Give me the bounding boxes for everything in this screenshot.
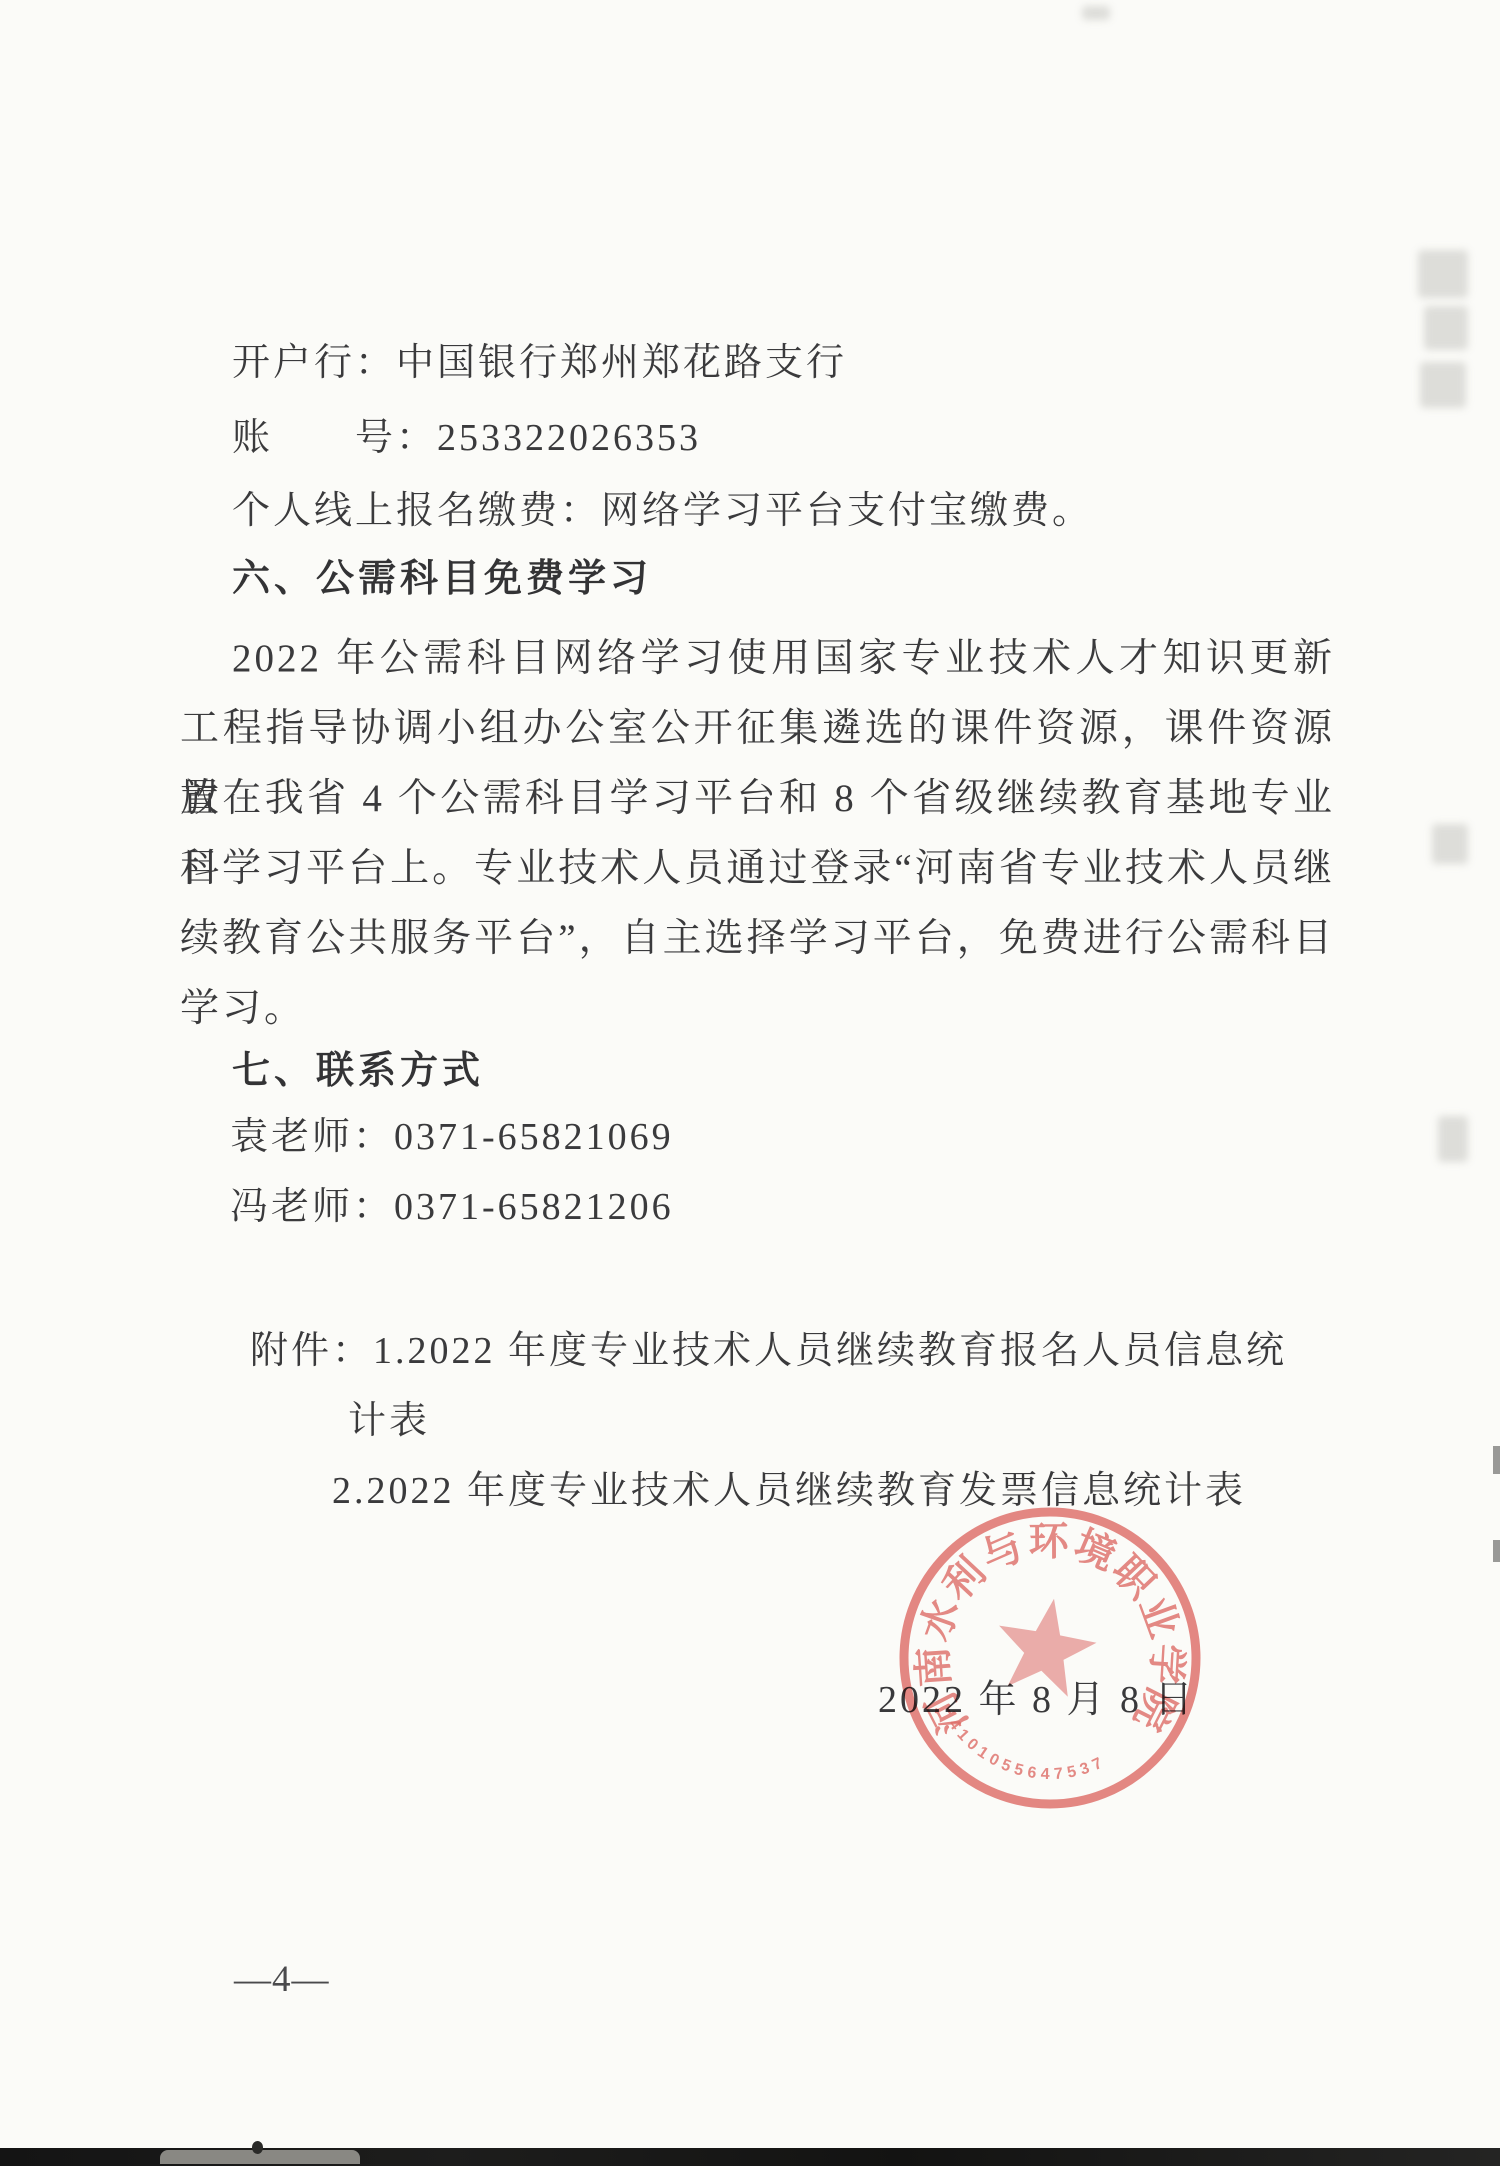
section-7-heading: 七、联系方式: [232, 1048, 484, 1094]
scan-edge-mark: [1493, 1540, 1500, 1562]
scan-smudge: [1418, 250, 1468, 298]
scan-smudge: [1424, 306, 1468, 350]
paragraph-line: 续教育公共服务平台”，自主选择学习平台，免费进行公需科目: [180, 904, 1335, 974]
paragraph-line: 工程指导协调小组办公室公开征集遴选的课件资源，课件资源放: [180, 694, 1335, 764]
scan-smudge: [1438, 1116, 1468, 1162]
contact-line-feng: 冯老师：0371-65821206: [230, 1184, 674, 1230]
scan-edge-mark: [1493, 1446, 1500, 1474]
paragraph-line: 目学习平台上。专业技术人员通过登录“河南省专业技术人员继: [180, 834, 1335, 904]
seal-star-icon: [999, 1599, 1096, 1697]
contact-line-yuan: 袁老师：0371-65821069: [230, 1114, 674, 1160]
scan-smudge: [1432, 824, 1468, 864]
svg-text:4101055647537: 4101055647537: [945, 1716, 1110, 1783]
scan-smudge: [1082, 6, 1110, 20]
scan-ink-dot: [252, 2141, 263, 2154]
section-6-paragraph: 2022 年公需科目网络学习使用国家专业技术人才知识更新 工程指导协调小组办公室…: [180, 624, 1335, 1044]
bank-line: 开户行：中国银行郑州郑花路支行: [232, 340, 847, 386]
paragraph-line: 置在我省 4 个公需科目学习平台和 8 个省级继续教育基地专业科: [180, 764, 1335, 834]
scan-smudge: [1420, 362, 1466, 408]
section-6-heading: 六、公需科目免费学习: [232, 556, 652, 602]
account-number-line: 账 号：253322026353: [232, 415, 701, 461]
personal-payment-line: 个人线上报名缴费：网络学习平台支付宝缴费。: [232, 488, 1093, 534]
paragraph-line: 2022 年公需科目网络学习使用国家专业技术人才知识更新: [180, 624, 1335, 694]
seal-serial-number: 4101055647537: [945, 1716, 1110, 1783]
page-number: —4—: [234, 1958, 330, 2001]
paragraph-line: 学习。: [180, 974, 1335, 1044]
attachment-line-1-wrap: 计表: [348, 1398, 430, 1444]
document-page: 开户行：中国银行郑州郑花路支行 账 号：253322026353 个人线上报名缴…: [0, 0, 1500, 2166]
attachment-line-1: 附件：1.2022 年度专业技术人员继续教育报名人员信息统: [250, 1328, 1287, 1374]
official-seal-stamp: 河南水利与环境职业学院 4101055647537: [895, 1503, 1205, 1813]
